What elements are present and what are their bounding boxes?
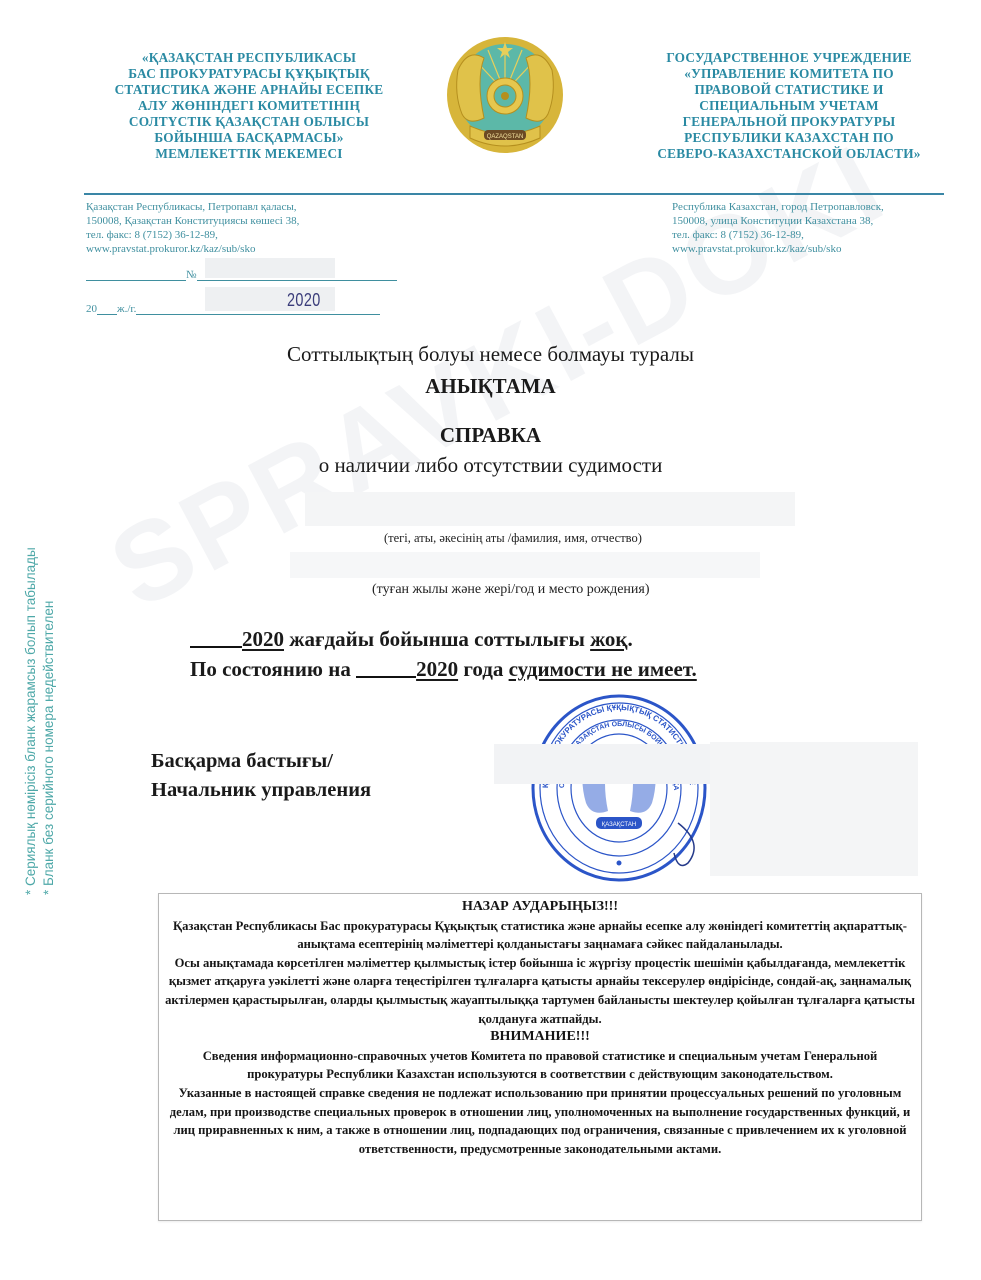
org-line: СЕВЕРО-КАЗАХСТАНСКОЙ ОБЛАСТИ»: [630, 146, 948, 162]
serial-note-kazakh: * Сериялық нөмірісіз бланк жарамсыз болы…: [22, 455, 40, 895]
address-line: тел. факс: 8 (7152) 36-12-89,: [672, 228, 952, 242]
address-line: www.pravstat.prokuror.kz/kaz/sub/sko: [86, 242, 386, 256]
org-line: ПРАВОВОЙ СТАТИСТИКЕ И: [630, 82, 948, 98]
notice-box: НАЗАР АУДАРЫҢЫЗ!!! Қазақстан Республикас…: [158, 893, 922, 1221]
notice-heading-russian: ВНИМАНИЕ!!!: [159, 1028, 921, 1047]
status-kazakh: 2020 жағдайы бойынша соттылығы жоқ.: [190, 626, 633, 652]
svg-text:QAZAQSTAN: QAZAQSTAN: [487, 134, 524, 140]
status-prefix: По состоянию на: [190, 657, 356, 681]
notice-paragraph: Сведения информационно-справочных учетов…: [159, 1047, 921, 1084]
org-line: СПЕЦИАЛЬНЫМ УЧЕТАМ: [630, 98, 948, 114]
address-line: тел. факс: 8 (7152) 36-12-89,: [86, 228, 386, 242]
notice-paragraph: Указанные в настоящей справке сведения н…: [159, 1084, 921, 1158]
status-year: 2020: [416, 657, 458, 681]
address-kazakh: Қазақстан Республикасы, Петропавл қаласы…: [86, 200, 386, 256]
serial-number-note: * Сериялық нөмірісіз бланк жарамсыз болы…: [22, 455, 82, 895]
redacted-full-name: [305, 492, 795, 526]
address-line: Республика Казахстан, город Петропавловс…: [672, 200, 952, 214]
status-text: года: [458, 657, 509, 681]
official-stamp-icon: ҚР БАС ПРОКУРАТУРАСЫ ҚҰҚЫҚТЫҚ СТАТИСТИКА…: [528, 693, 710, 883]
redacted-birth-info: [290, 552, 760, 578]
org-name-kazakh: «ҚАЗАҚСТАН РЕСПУБЛИКАСЫ БАС ПРОКУРАТУРАС…: [90, 50, 408, 162]
title-kazakh: АНЫҚТАМА: [0, 374, 981, 399]
org-line: СОЛТҮСТІК ҚАЗАҚСТАН ОБЛЫСЫ: [90, 114, 408, 130]
title-kazakh-subtitle: Соттылықтың болуы немесе болмауы туралы: [0, 342, 981, 367]
org-line: «УПРАВЛЕНИЕ КОМИТЕТА ПО: [630, 66, 948, 82]
redacted-signature-name: [494, 744, 736, 784]
address-line: 150008, Қазақстан Конституциясы көшесі 3…: [86, 214, 386, 228]
org-line: АЛУ ЖӨНІНДЕГІ КОМИТЕТІНІҢ: [90, 98, 408, 114]
status-russian: По состоянию на 2020 года судимости не и…: [190, 656, 697, 682]
address-russian: Республика Казахстан, город Петропавловс…: [672, 200, 952, 256]
notice-paragraph: Қазақстан Республикасы Бас прокуратурасы…: [159, 917, 921, 954]
notice-paragraph: Осы анықтамада көрсетілген мәліметтер қы…: [159, 954, 921, 1028]
status-result: жоқ: [590, 627, 627, 651]
org-line: ГЕНЕРАЛЬНОЙ ПРОКУРАТУРЫ: [630, 114, 948, 130]
title-russian: СПРАВКА: [0, 423, 981, 448]
title-russian-subtitle: о наличии либо отсутствии судимости: [0, 453, 981, 478]
address-line: Қазақстан Республикасы, Петропавл қаласы…: [86, 200, 386, 214]
state-emblem-icon: QAZAQSTAN: [440, 30, 570, 160]
redacted-number: [205, 258, 335, 278]
status-result: судимости не имеет.: [509, 657, 697, 681]
org-line: МЕМЛЕКЕТТІК МЕКЕМЕСІ: [90, 146, 408, 162]
number-sign: №: [186, 269, 197, 281]
org-line: БАС ПРОКУРАТУРАСЫ ҚҰҚЫҚТЫҚ: [90, 66, 408, 82]
address-line: 150008, улица Конституции Казахстана 38,: [672, 214, 952, 228]
org-line: ГОСУДАРСТВЕННОЕ УЧРЕЖДЕНИЕ: [630, 50, 948, 66]
notice-heading-kazakh: НАЗАР АУДАРЫҢЫЗ!!!: [159, 898, 921, 917]
birth-caption: (туған жылы және жері/год и место рожден…: [372, 582, 650, 598]
org-line: РЕСПУБЛИКИ КАЗАХСТАН ПО: [630, 130, 948, 146]
svg-text:ҚАЗАҚСТАН: ҚАЗАҚСТАН: [602, 822, 637, 828]
org-name-russian: ГОСУДАРСТВЕННОЕ УЧРЕЖДЕНИЕ «УПРАВЛЕНИЕ К…: [630, 50, 948, 162]
status-year: 2020: [242, 627, 284, 651]
status-text: жағдайы бойынша соттылығы: [284, 627, 590, 651]
name-caption: (тегі, аты, әкесінің аты /фамилия, имя, …: [384, 531, 642, 546]
signer-title-kazakh: Басқарма бастығы/: [151, 750, 333, 773]
letterhead-divider: [84, 193, 944, 195]
serial-note-russian: * Бланк без серийного номера недействите…: [40, 455, 58, 895]
address-line: www.pravstat.prokuror.kz/kaz/sub/sko: [672, 242, 952, 256]
date-year: 2020: [287, 290, 321, 311]
org-line: СТАТИСТИКА ЖӘНЕ АРНАЙЫ ЕСЕПКЕ: [90, 82, 408, 98]
org-line: БОЙЫНША БАСҚАРМАСЫ»: [90, 130, 408, 146]
status-end: .: [627, 627, 632, 651]
date-prefix: 20: [86, 303, 97, 315]
signer-title-russian: Начальник управления: [151, 779, 371, 802]
redacted-signature: [710, 742, 918, 876]
date-suffix: ж./г.: [117, 303, 136, 315]
org-line: «ҚАЗАҚСТАН РЕСПУБЛИКАСЫ: [90, 50, 408, 66]
